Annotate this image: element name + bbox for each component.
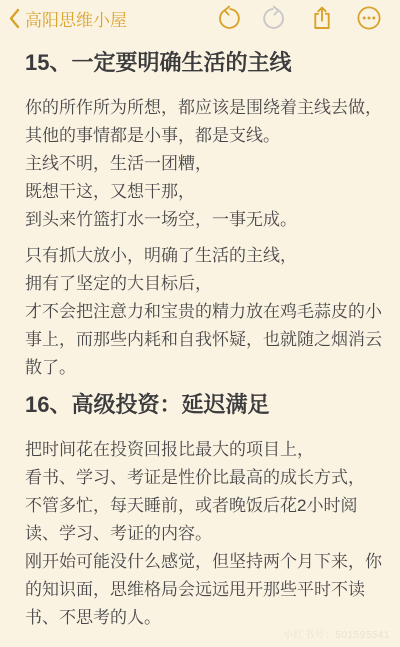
text-line: 不管多忙，每天睡前，或者晚饭后花2小时阅读、学习、考证的内容。 xyxy=(25,492,384,548)
redo-button[interactable] xyxy=(262,5,288,31)
text-line: 到头来竹篮打水一场空，一事无成。 xyxy=(25,206,384,234)
back-label: 高阳思维小屋 xyxy=(25,6,127,31)
section-16-paragraph-1: 把时间花在投资回报比最大的项目上，看书、学习、考证是性价比最高的成长方式，不管多… xyxy=(25,436,384,632)
text-line: 看书、学习、考证是性价比最高的成长方式， xyxy=(25,464,384,492)
text-line: 主线不明，生活一团糟， xyxy=(25,150,384,178)
section-15-heading: 15、一定要明确生活的主线 xyxy=(25,48,384,78)
text-line: 只有抓大放小，明确了生活的主线， xyxy=(25,242,384,270)
square-and-arrow-up-icon xyxy=(309,5,335,31)
text-line: 才不会把注意力和宝贵的精力放在鸡毛蒜皮的小事上，而那些内耗和自我怀疑，也就随之烟… xyxy=(25,298,384,382)
text-line: 刚开始可能没什么感觉，但坚持两个月下来，你的知识面，思维格局会远远甩开那些平时不… xyxy=(25,548,384,632)
back-button[interactable]: 高阳思维小屋 xyxy=(8,6,127,31)
redo-arrow-circle-icon xyxy=(262,5,288,31)
section-16: 16、高级投资：延迟满足 把时间花在投资回报比最大的项目上，看书、学习、考证是性… xyxy=(25,390,384,632)
text-line: 拥有了坚定的大目标后， xyxy=(25,270,384,298)
more-button[interactable] xyxy=(356,5,382,31)
section-16-heading: 16、高级投资：延迟满足 xyxy=(25,390,384,420)
text-line: 把时间花在投资回报比最大的项目上， xyxy=(25,436,384,464)
text-line: 你的所作所为所想，都应该是围绕着主线去做，其他的事情都是小事，都是支线。 xyxy=(25,94,384,150)
toolbar-actions xyxy=(215,5,382,31)
section-15-paragraph-2: 只有抓大放小，明确了生活的主线，拥有了坚定的大目标后，才不会把注意力和宝贵的精力… xyxy=(25,242,384,382)
text-line: 既想干这，又想干那， xyxy=(25,178,384,206)
toolbar: 高阳思维小屋 xyxy=(0,0,400,32)
ellipsis-circle-icon xyxy=(356,5,382,31)
chevron-left-icon xyxy=(8,8,20,29)
share-button[interactable] xyxy=(309,5,335,31)
section-15: 15、一定要明确生活的主线 你的所作所为所想，都应该是围绕着主线去做，其他的事情… xyxy=(25,48,384,382)
section-15-paragraph-1: 你的所作所为所想，都应该是围绕着主线去做，其他的事情都是小事，都是支线。主线不明… xyxy=(25,94,384,234)
note-content[interactable]: 15、一定要明确生活的主线 你的所作所为所想，都应该是围绕着主线去做，其他的事情… xyxy=(0,32,400,632)
undo-arrow-circle-icon xyxy=(215,5,241,31)
undo-button[interactable] xyxy=(215,5,241,31)
notes-app-screen: 高阳思维小屋 xyxy=(0,0,400,647)
